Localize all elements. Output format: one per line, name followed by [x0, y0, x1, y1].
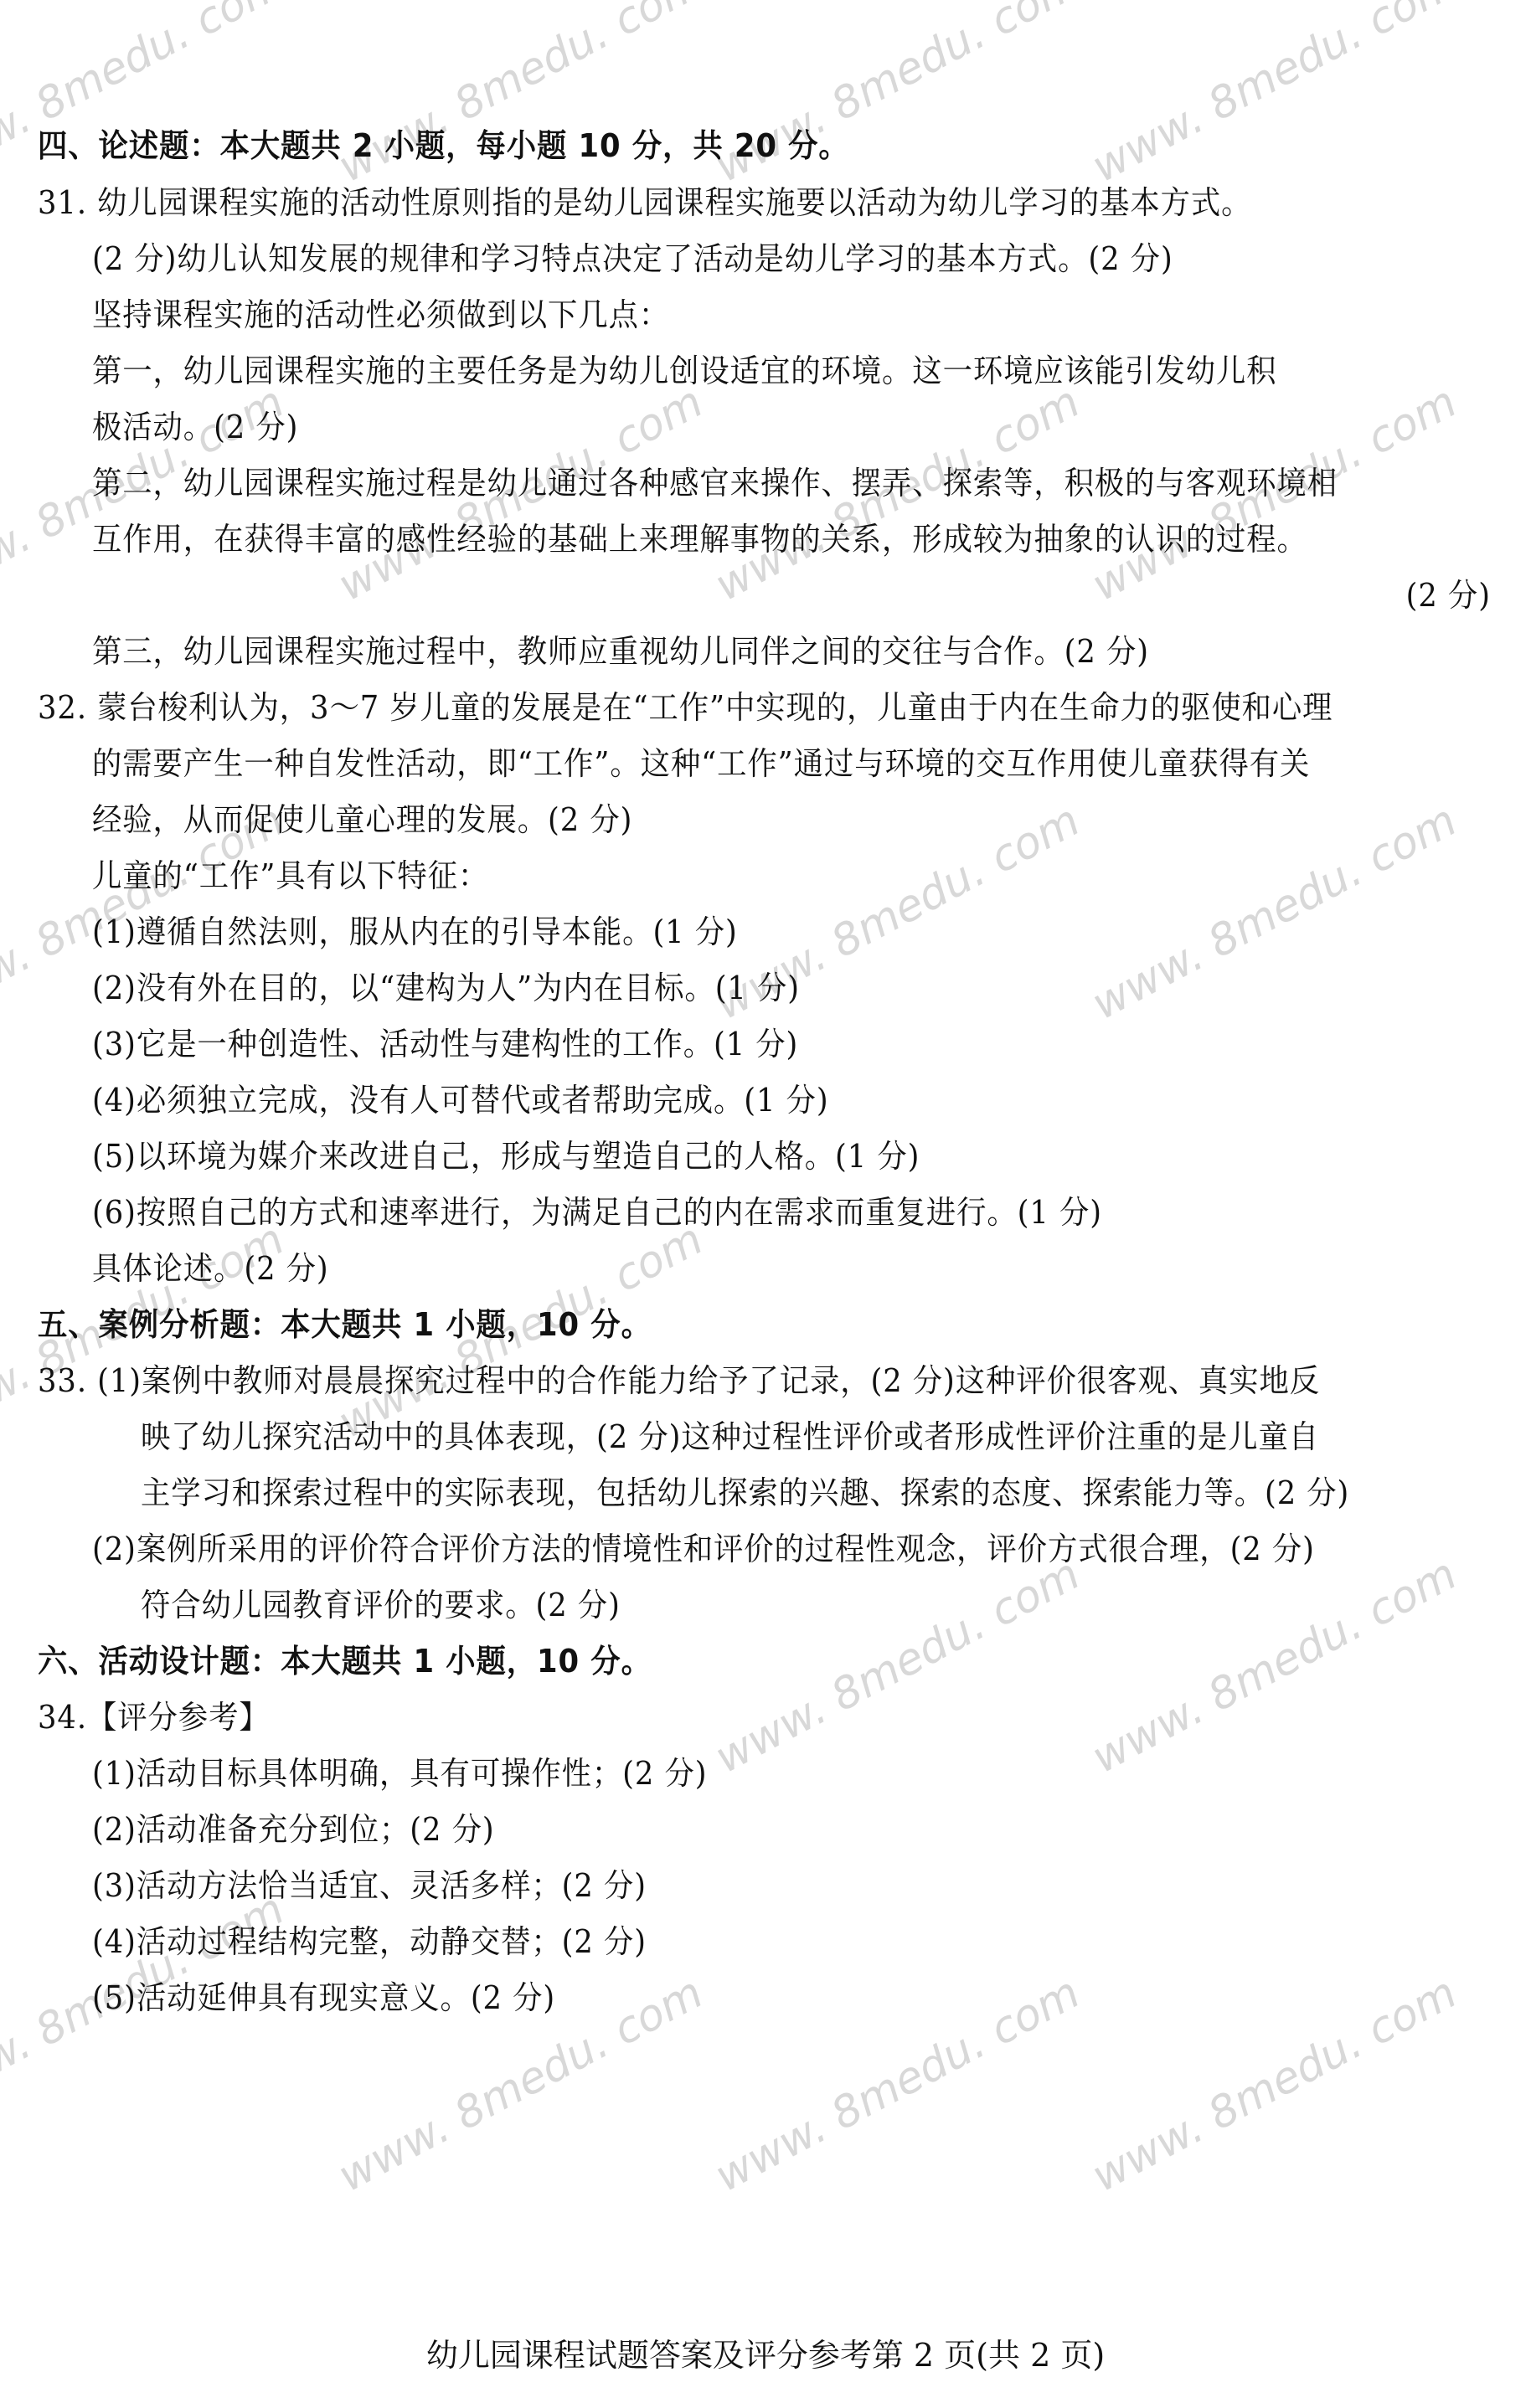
watermark: www. 8medu. com: [1084, 0, 1465, 193]
watermark: www. 8medu. com: [1084, 1968, 1465, 2202]
answer-line: 32. 蒙台梭利认为，3～7 岁儿童的发展是在“工作”中实现的，儿童由于内在生命…: [38, 687, 1333, 728]
watermark: www. 8medu. com: [1084, 1549, 1465, 1783]
answer-line: 主学习和探索过程中的实际表现，包括幼儿探索的兴趣、探索的态度、探索能力等。(2 …: [141, 1473, 1349, 1513]
answer-line: 31. 幼儿园课程实施的活动性原则指的是幼儿园课程实施要以活动为幼儿学习的基本方…: [38, 183, 1251, 223]
answer-line: 符合幼儿园教育评价的要求。(2 分): [141, 1585, 621, 1625]
list-item: (2)活动准备充分到位；(2 分): [92, 1809, 495, 1850]
answer-line: 坚持课程实施的活动性必须做到以下几点：: [92, 295, 669, 335]
answer-line: 的需要产生一种自发性活动，即“工作”。这种“工作”通过与环境的交互作用使儿童获得…: [92, 743, 1310, 784]
list-item: (2)没有外在目的，以“建构为人”为内在目标。(1 分): [92, 968, 800, 1008]
answer-line: 33. (1)案例中教师对晨晨探究过程中的合作能力给予了记录，(2 分)这种评价…: [38, 1361, 1320, 1401]
watermark: www. 8medu. com: [707, 1549, 1088, 1783]
section-heading: 五、案例分析题：本大题共 1 小题，10 分。: [38, 1304, 652, 1345]
answer-line: 儿童的“工作”具有以下特征：: [92, 856, 488, 896]
answer-line: 第二，幼儿园课程实施过程是幼儿通过各种感官来操作、摆弄、探索等，积极的与客观环境…: [92, 463, 1338, 503]
score-note: (2 分): [1406, 575, 1491, 615]
answer-line: 34.【评分参考】: [38, 1697, 270, 1737]
watermark: www. 8medu. com: [1084, 795, 1465, 1030]
list-item: (4)活动过程结构完整，动静交替；(2 分): [92, 1922, 647, 1962]
section-heading: 六、活动设计题：本大题共 1 小题，10 分。: [38, 1641, 652, 1681]
section-heading: 四、论述题：本大题共 2 小题，每小题 10 分，共 20 分。: [38, 126, 849, 166]
page-footer: 幼儿园课程试题答案及评分参考第 2 页(共 2 页): [0, 2329, 1531, 2375]
answer-line: 极活动。(2 分): [92, 407, 298, 447]
list-item: (3)它是一种创造性、活动性与建构性的工作。(1 分): [92, 1024, 798, 1064]
answer-line: 第一，幼儿园课程实施的主要任务是为幼儿创设适宜的环境。这一环境应该能引发幼儿积: [92, 351, 1277, 391]
answer-line: (2)案例所采用的评价符合评价方法的情境性和评价的过程性观念，评价方式很合理，(…: [92, 1529, 1315, 1569]
list-item: (6)按照自己的方式和速率进行，为满足自己的内在需求而重复进行。(1 分): [92, 1192, 1102, 1232]
answer-line: 互作用，在获得丰富的感性经验的基础上来理解事物的关系，形成较为抽象的认识的过程。: [92, 519, 1307, 559]
list-item: (3)活动方法恰当适宜、灵活多样；(2 分): [92, 1865, 647, 1906]
list-item: (1)活动目标具体明确，具有可操作性；(2 分): [92, 1753, 707, 1793]
answer-line: 具体论述。(2 分): [92, 1248, 329, 1289]
list-item: (4)必须独立完成，没有人可替代或者帮助完成。(1 分): [92, 1080, 829, 1120]
watermark: www. 8medu. com: [707, 1968, 1088, 2202]
list-item: (5)以环境为媒介来改进自己，形成与塑造自己的人格。(1 分): [92, 1136, 920, 1176]
answer-line: 第三，幼儿园课程实施过程中，教师应重视幼儿同伴之间的交往与合作。(2 分): [92, 631, 1149, 671]
answer-line: (2 分)幼儿认知发展的规律和学习特点决定了活动是幼儿学习的基本方式。(2 分): [92, 239, 1173, 279]
list-item: (5)活动延伸具有现实意义。(2 分): [92, 1978, 555, 2018]
list-item: (1)遵循自然法则，服从内在的引导本能。(1 分): [92, 912, 738, 952]
answer-line: 映了幼儿探究活动中的具体表现，(2 分)这种过程性评价或者形成性评价注重的是儿童…: [141, 1417, 1319, 1457]
answer-line: 经验，从而促使儿童心理的发展。(2 分): [92, 800, 632, 840]
